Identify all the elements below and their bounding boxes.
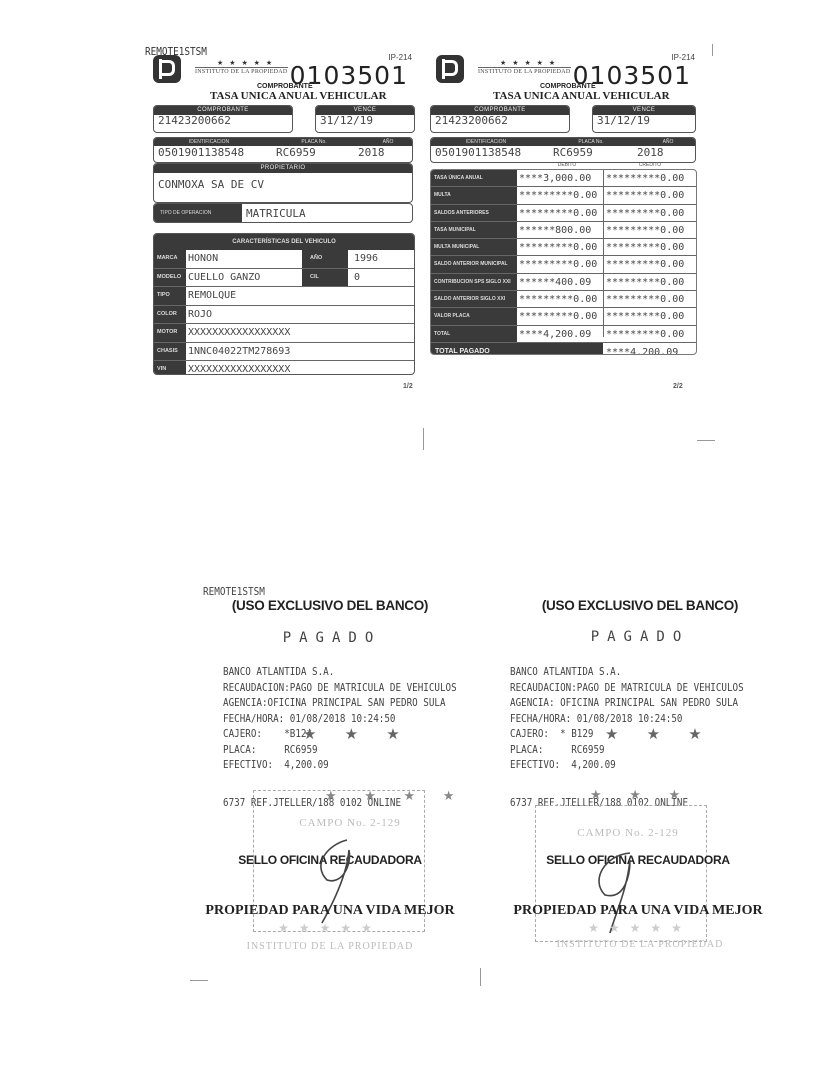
ip-logo-icon xyxy=(153,55,181,83)
identification-field: IDENTIFICACION PLACA No. AÑO 05019011385… xyxy=(430,137,696,163)
institution-name: INSTITUTO DE LA PROPIEDAD xyxy=(195,67,288,75)
scan-mark xyxy=(712,44,713,56)
slogan: PROPIEDAD PARA UNA VIDA MEJOR xyxy=(493,903,783,919)
stamp-stars-icon: ★ ★ ★ xyxy=(605,725,714,743)
vehicle-row: MARCAHONONAÑO1996 xyxy=(154,250,414,269)
voucher-page-2: ★ ★ ★ ★ ★ INSTITUTO DE LA PROPIEDAD IP-2… xyxy=(428,45,703,390)
institution-name: INSTITUTO DE LA PROPIEDAD xyxy=(478,67,571,75)
voucher-title: TASA UNICA ANUAL VEHICULAR xyxy=(210,90,387,102)
slogan: PROPIEDAD PARA UNA VIDA MEJOR xyxy=(185,903,475,919)
charges-table: TASA ÚNICA ANUAL****3,000.00*********0.0… xyxy=(430,169,697,355)
ip-logo-icon xyxy=(436,55,464,83)
vehicle-row: MOTORXXXXXXXXXXXXXXXXX xyxy=(154,324,414,343)
anio-value: 2018 xyxy=(358,146,408,159)
comprobante-label: COMPROBANTE xyxy=(257,83,313,90)
scan-mark xyxy=(480,968,481,986)
bank-use-heading: (USO EXCLUSIVO DEL BANCO) xyxy=(495,598,785,613)
bank-receipt-right: (USO EXCLUSIVO DEL BANCO) PAGADO BANCO A… xyxy=(495,595,785,935)
charge-row: SALDO ANTERIOR SIGLO XXI*********0.00***… xyxy=(431,291,696,308)
charge-row: MULTA MUNICIPAL*********0.00*********0.0… xyxy=(431,239,696,256)
receipt-details: BANCO ATLANTIDA S.A.RECAUDACION:PAGO DE … xyxy=(510,665,744,774)
vehicle-row: VINXXXXXXXXXXXXXXXXX xyxy=(154,361,414,375)
voucher-page-1: REMOTE1STSM ★ ★ ★ ★ ★ INSTITUTO DE LA PR… xyxy=(145,45,420,390)
comprobante-label: COMPROBANTE xyxy=(540,83,596,90)
vehicle-row: COLORROJO xyxy=(154,306,414,325)
stamp-stars-icon: ★ ★ ★ xyxy=(303,725,412,743)
comprobante-field: COMPROBANTE 21423200662 xyxy=(153,105,293,133)
scan-mark xyxy=(423,428,424,450)
placa-value: RC6959 xyxy=(276,146,358,159)
identificacion-value: 0501901138548 xyxy=(154,146,276,159)
remote-id: REMOTE1STSM xyxy=(203,585,265,598)
placa-value: RC6959 xyxy=(553,146,637,159)
identification-field: IDENTIFICACION PLACA No. AÑO 05019011385… xyxy=(153,137,413,163)
comprobante-field: COMPROBANTE 21423200662 xyxy=(430,105,570,133)
propietario-field: PROPIETARIO CONMOXA SA DE CV xyxy=(153,163,413,203)
charge-row: TOTAL****4,200.09*********0.00 xyxy=(431,326,696,343)
paid-status: PAGADO xyxy=(495,629,785,645)
charge-row: SALDOS ANTERIORES*********0.00*********0… xyxy=(431,205,696,222)
scan-mark xyxy=(697,440,715,441)
stars-icon: ★★★★★ xyxy=(495,921,785,935)
vehicle-row: CHASIS1NNC04022TM278693 xyxy=(154,343,414,362)
paid-status: PAGADO xyxy=(187,630,477,646)
page-number: 2/2 xyxy=(673,383,683,390)
stars-icon: ★ ★ ★ ★ ★ xyxy=(500,59,557,67)
charge-row: TASA ÚNICA ANUAL****3,000.00*********0.0… xyxy=(431,170,696,187)
charge-row: CONTRIBUCION SPS SIGLO XXI******400.09**… xyxy=(431,274,696,291)
charge-row: MULTA*********0.00*********0.00 xyxy=(431,187,696,204)
stars-icon: ★ ★ ★ ★ ★ xyxy=(217,59,274,67)
total-paid-row: TOTAL PAGADO ****4,200.09 xyxy=(431,343,696,355)
vence-field: VENCE 31/12/19 xyxy=(315,105,415,133)
voucher-title: TASA UNICA ANUAL VEHICULAR xyxy=(493,90,670,102)
anio-value: 2018 xyxy=(637,146,687,159)
institution-footer: INSTITUTO DE LA PROPIEDAD xyxy=(185,941,475,952)
vehicle-row: TIPOREMOLQUE xyxy=(154,287,414,306)
stars-icon: ★★★★★ xyxy=(185,921,475,935)
bank-receipt-left: REMOTE1STSM (USO EXCLUSIVO DEL BANCO) PA… xyxy=(185,585,475,925)
identificacion-value: 0501901138548 xyxy=(431,146,553,159)
charges-header: DEBITO CREDITO xyxy=(524,162,690,168)
bank-use-heading: (USO EXCLUSIVO DEL BANCO) xyxy=(185,598,475,613)
page-number: 1/2 xyxy=(403,383,413,390)
total-paid-value: ****4,200.09 xyxy=(606,347,678,355)
vehicle-row: MODELOCUELLO GANZOCIL0 xyxy=(154,269,414,288)
charge-row: VALOR PLACA*********0.00*********0.00 xyxy=(431,308,696,325)
scan-mark xyxy=(190,980,208,981)
vehicle-characteristics: CARACTERÍSTICAS DEL VEHICULO MARCAHONONA… xyxy=(153,233,415,375)
charge-row: TASA MUNICIPAL******800.00*********0.00 xyxy=(431,222,696,239)
institution-footer: INSTITUTO DE LA PROPIEDAD xyxy=(495,939,785,950)
stamp-stars-icon: ★ ★ ★ xyxy=(590,787,692,803)
tipo-operacion-field: TIPO DE OPERACION MATRICULA xyxy=(153,203,413,223)
receipt-details: BANCO ATLANTIDA S.A.RECAUDACION:PAGO DE … xyxy=(223,665,457,774)
vence-field: VENCE 31/12/19 xyxy=(592,105,696,133)
charge-row: SALDO ANTERIOR MUNICIPAL*********0.00***… xyxy=(431,256,696,273)
